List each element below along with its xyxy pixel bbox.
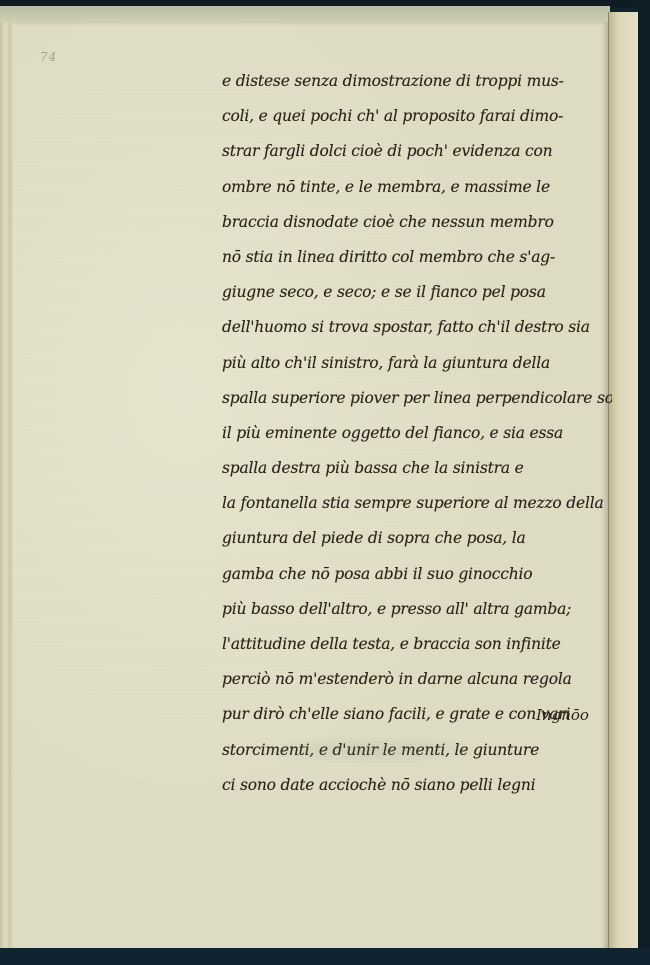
text-line: spalla superiore piover per linea perpen… [222,381,612,416]
text-line: più alto ch'il sinistro, farà la giuntur… [222,346,612,381]
next-leaf-edge [608,12,639,952]
text-line: braccia disnodate cioè che nessun membro [222,205,612,240]
text-line: giugne seco, e seco; e se il fianco pel … [222,275,612,310]
ink-bleed-through [250,735,490,765]
text-line: gamba che nō posa abbi il suo ginocchio [222,557,612,592]
text-line: ombre nō tinte, e le membra, e massime l… [222,170,612,205]
text-line: più basso dell'altro, e presso all' altr… [222,592,612,627]
scan-border-bottom [0,948,650,965]
text-line: giuntura del piede di sopra che posa, la [222,521,612,556]
catchword: Ingnōo [536,706,589,724]
folio-number-faded: 74 [40,50,57,64]
scan-border-right [638,0,650,965]
text-line: il più eminente oggetto del fianco, e si… [222,416,612,451]
text-line: dell'huomo si trova spostar, fatto ch'il… [222,310,612,345]
text-line: nō stia in linea diritto col membro che … [222,240,612,275]
text-line: coli, e quei pochi ch' al proposito fara… [222,99,612,134]
text-line: e distese senza dimostrazione di troppi … [222,64,612,99]
text-line: spalla destra più bassa che la sinistra … [222,451,612,486]
handwritten-text-block: e distese senza dimostrazione di troppi … [222,64,612,803]
text-line: la fontanella stia sempre superiore al m… [222,486,612,521]
binding-fold [0,22,14,952]
text-line: l'attitudine della testa, e braccia son … [222,627,612,662]
text-line: ci sono date acciochè nō siano pelli leg… [222,768,612,803]
text-line: perciò nō m'estenderò in darne alcuna re… [222,662,612,697]
text-line: strar fargli dolci cioè di poch' evidenz… [222,134,612,169]
